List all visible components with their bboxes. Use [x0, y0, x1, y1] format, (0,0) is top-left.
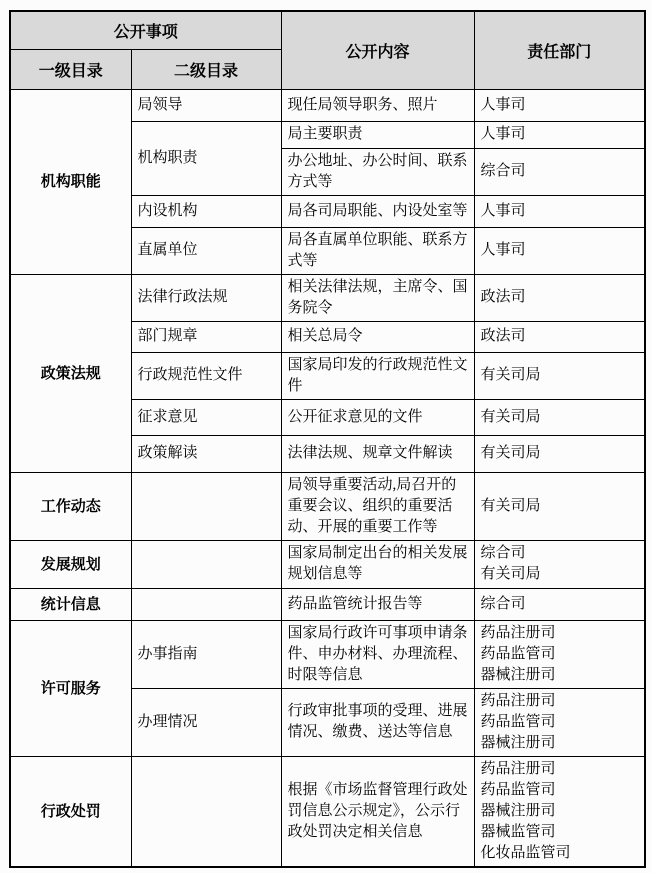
header-content: 公开内容	[281, 11, 474, 89]
level2-cell: 办理情况	[131, 688, 281, 756]
dept-cell: 药品注册司 药品监管司 器械注册司	[474, 620, 645, 688]
level2-cell: 部门规章	[131, 321, 281, 352]
content-cell: 法律法规、规章文件解读	[281, 435, 474, 472]
content-cell: 相关法律法规，主席令、国务院令	[281, 274, 474, 321]
header-level2: 二级目录	[131, 49, 281, 89]
dept-cell: 药品注册司 药品监管司 器械注册司 器械监管司 化妆品监管司	[474, 756, 645, 867]
level1-cell: 政策法规	[10, 274, 131, 472]
level2-cell: 行政规范性文件	[131, 352, 281, 399]
level2-cell	[131, 540, 281, 588]
level2-cell: 直属单位	[131, 227, 281, 274]
table-row: 政策法规 法律行政法规 相关法律法规，主席令、国务院令 政法司	[10, 274, 645, 321]
level2-cell: 局领导	[131, 89, 281, 121]
content-cell: 国家局制定出台的相关发展规划信息等	[281, 540, 474, 588]
level2-cell: 法律行政法规	[131, 274, 281, 321]
table-row: 行政处罚 根据《市场监督管理行政处罚信息公示规定》，公示行政处罚决定相关信息 药…	[10, 756, 645, 867]
level1-cell: 发展规划	[10, 540, 131, 588]
dept-cell: 有关司局	[474, 399, 645, 435]
level1-cell: 行政处罚	[10, 756, 131, 867]
level1-cell: 许可服务	[10, 620, 131, 756]
header-row-1: 公开事项 公开内容 责任部门	[10, 11, 645, 49]
content-cell: 根据《市场监督管理行政处罚信息公示规定》，公示行政处罚决定相关信息	[281, 756, 474, 867]
level2-cell: 内设机构	[131, 195, 281, 227]
level2-cell	[131, 588, 281, 620]
dept-cell: 人事司	[474, 89, 645, 121]
content-cell: 局各司局职能、内设处室等	[281, 195, 474, 227]
level2-cell: 办事指南	[131, 620, 281, 688]
table-row: 统计信息 药品监管统计报告等 综合司	[10, 588, 645, 620]
content-cell: 行政审批事项的受理、进展情况、缴费、送达等信息	[281, 688, 474, 756]
dept-cell: 有关司局	[474, 472, 645, 540]
header-dept: 责任部门	[474, 11, 645, 89]
level1-cell: 统计信息	[10, 588, 131, 620]
dept-cell: 综合司	[474, 588, 645, 620]
content-cell: 办公地址、办公时间、联系方式等	[281, 148, 474, 195]
dept-cell: 综合司 有关司局	[474, 540, 645, 588]
content-cell: 局领导重要活动,局召开的重要会议、组织的重要活动、开展的重要工作等	[281, 472, 474, 540]
content-cell: 公开征求意见的文件	[281, 399, 474, 435]
level2-cell	[131, 472, 281, 540]
dept-cell: 政法司	[474, 321, 645, 352]
level2-cell	[131, 756, 281, 867]
table-row: 工作动态 局领导重要活动,局召开的重要会议、组织的重要活动、开展的重要工作等 有…	[10, 472, 645, 540]
content-cell: 局主要职责	[281, 121, 474, 148]
dept-cell: 综合司	[474, 148, 645, 195]
level2-cell: 政策解读	[131, 435, 281, 472]
header-public-items: 公开事项	[10, 11, 281, 49]
dept-cell: 有关司局	[474, 435, 645, 472]
dept-cell: 有关司局	[474, 352, 645, 399]
table-row: 发展规划 国家局制定出台的相关发展规划信息等 综合司 有关司局	[10, 540, 645, 588]
disclosure-table: 公开事项 公开内容 责任部门 一级目录 二级目录 机构职能 局领导 现任局领导职…	[9, 10, 646, 868]
document-page: 公开事项 公开内容 责任部门 一级目录 二级目录 机构职能 局领导 现任局领导职…	[0, 0, 652, 873]
dept-cell: 政法司	[474, 274, 645, 321]
table-row: 许可服务 办事指南 国家局行政许可事项申请条件、申办材料、办理流程、时限等信息 …	[10, 620, 645, 688]
content-cell: 现任局领导职务、照片	[281, 89, 474, 121]
level2-cell: 机构职责	[131, 121, 281, 195]
content-cell: 药品监管统计报告等	[281, 588, 474, 620]
content-cell: 局各直属单位职能、联系方式等	[281, 227, 474, 274]
dept-cell: 药品注册司 药品监管司 器械注册司	[474, 688, 645, 756]
dept-cell: 人事司	[474, 121, 645, 148]
content-cell: 国家局印发的行政规范性文件	[281, 352, 474, 399]
level2-cell: 征求意见	[131, 399, 281, 435]
dept-cell: 人事司	[474, 227, 645, 274]
dept-cell: 人事司	[474, 195, 645, 227]
header-level1: 一级目录	[10, 49, 131, 89]
level1-cell: 工作动态	[10, 472, 131, 540]
content-cell: 国家局行政许可事项申请条件、申办材料、办理流程、时限等信息	[281, 620, 474, 688]
level1-cell: 机构职能	[10, 89, 131, 274]
content-cell: 相关总局令	[281, 321, 474, 352]
table-row: 机构职能 局领导 现任局领导职务、照片 人事司	[10, 89, 645, 121]
